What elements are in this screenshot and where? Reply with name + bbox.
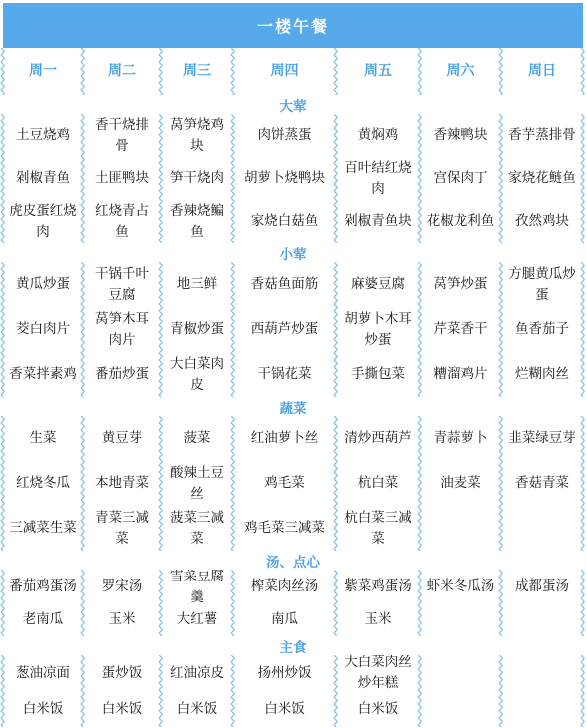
dish-cell: 白米饭 [161,691,233,727]
dish-cell: 榨菜肉丝汤 [233,570,336,603]
dish-cell: 罗宋汤 [83,570,161,603]
dish-cell: 香辣烧鳊鱼 [161,200,233,243]
dish-cell: 油麦菜 [420,461,501,506]
dish-cell: 莴笋木耳肉片 [83,307,161,352]
dish-cell: 红油凉皮 [161,655,233,691]
dish-cell [501,655,583,691]
dish-cell: 西葫芦炒蛋 [233,307,336,352]
dish-cell [420,691,501,727]
dish-cell: 菠菜 [161,416,233,461]
table-row-block: 生菜黄豆芽菠菜红油萝卜丝清炒西葫芦青蒜萝卜韭菜绿豆芽红烧冬瓜本地青菜酸辣土豆丝鸡… [3,416,583,551]
section-header: 大荤 [3,95,583,114]
dish-cell: 笋干烧肉 [161,157,233,200]
dish-cell: 孜然鸡块 [501,200,583,243]
dish-cell: 麻婆豆腐 [336,262,420,307]
dish-cell: 百叶结红烧肉 [336,157,420,200]
dish-cell: 白米饭 [336,691,420,727]
menu-table: 一楼午餐 周一周二周三周四周五周六周日大荤土豆烧鸡香干烧排骨莴笋烧鸡块肉饼蒸蛋黄… [3,3,583,727]
dish-cell: 大白菜肉皮 [161,352,233,397]
dish-cell [501,603,583,636]
dish-cell: 老南瓜 [3,603,83,636]
dish-cell: 干锅花菜 [233,352,336,397]
dish-cell: 宫保肉丁 [420,157,501,200]
dish-cell: 胡萝卜木耳炒蛋 [336,307,420,352]
day-header: 周三 [161,48,233,95]
dish-cell: 白米饭 [3,691,83,727]
dish-cell: 茭白肉片 [3,307,83,352]
dish-cell: 清炒西葫芦 [336,416,420,461]
dish-cell: 玉米 [83,603,161,636]
day-header: 周日 [501,48,583,95]
table-row-block: 葱油凉面蛋炒饭红油凉皮扬州炒饭大白菜肉丝炒年糕白米饭白米饭白米饭白米饭白米饭 [3,655,583,727]
dish-cell: 烂糊肉丝 [501,352,583,397]
dish-cell: 白米饭 [233,691,336,727]
dish-cell [420,603,501,636]
dish-cell: 大白菜肉丝炒年糕 [336,655,420,691]
dish-cell: 芹菜香干 [420,307,501,352]
dish-cell: 方腿黄瓜炒蛋 [501,262,583,307]
dish-cell: 鸡毛菜 [233,461,336,506]
dish-cell: 杭白菜 [336,461,420,506]
dish-cell: 手撕包菜 [336,352,420,397]
dish-cell [420,655,501,691]
dish-cell: 香菇青菜 [501,461,583,506]
dish-cell: 本地青菜 [83,461,161,506]
day-header: 周一 [3,48,83,95]
dish-cell: 鱼香茄子 [501,307,583,352]
dish-cell: 蛋炒饭 [83,655,161,691]
dish-cell: 酸辣土豆丝 [161,461,233,506]
dish-cell: 鸡毛菜三减菜 [233,506,336,551]
dish-cell: 肉饼蒸蛋 [233,114,336,157]
table-row-block: 周一周二周三周四周五周六周日 [3,48,583,95]
dish-cell: 剁椒青鱼 [3,157,83,200]
dish-cell: 黄焖鸡 [336,114,420,157]
dish-cell: 菠菜三减菜 [161,506,233,551]
dish-cell: 白米饭 [83,691,161,727]
dish-cell: 三减菜生菜 [3,506,83,551]
dish-cell: 雪菜豆腐羹 [161,570,233,603]
day-header: 周六 [420,48,501,95]
dish-cell: 青菜三减菜 [83,506,161,551]
dish-cell: 家烧白菇鱼 [233,200,336,243]
dish-cell: 家烧花鲢鱼 [501,157,583,200]
dish-cell: 番茄鸡蛋汤 [3,570,83,603]
table-row-block: 番茄鸡蛋汤罗宋汤雪菜豆腐羹榨菜肉丝汤紫菜鸡蛋汤虾米冬瓜汤成都蛋汤老南瓜玉米大红薯… [3,570,583,636]
dish-cell: 番茄炒蛋 [83,352,161,397]
dish-cell: 香芋蒸排骨 [501,114,583,157]
dish-cell: 韭菜绿豆芽 [501,416,583,461]
dish-cell: 胡萝卜烧鸭块 [233,157,336,200]
dish-cell: 杭白菜三减菜 [336,506,420,551]
dish-cell: 香菇鱼面筋 [233,262,336,307]
section-header: 小荤 [3,243,583,262]
section-header: 汤、点心 [3,551,583,570]
dish-cell: 红烧青占鱼 [83,200,161,243]
dish-cell: 莴笋烧鸡块 [161,114,233,157]
dish-cell: 虾米冬瓜汤 [420,570,501,603]
day-header: 周四 [233,48,336,95]
dish-cell: 香菜拌素鸡 [3,352,83,397]
table-row-block: 黄瓜炒蛋干锅千叶豆腐地三鲜香菇鱼面筋麻婆豆腐莴笋炒蛋方腿黄瓜炒蛋茭白肉片莴笋木耳… [3,262,583,397]
dish-cell: 香干烧排骨 [83,114,161,157]
dish-cell: 玉米 [336,603,420,636]
dish-cell: 南瓜 [233,603,336,636]
day-header: 周二 [83,48,161,95]
day-header: 周五 [336,48,420,95]
section-header: 蔬菜 [3,397,583,416]
dish-cell: 剁椒青鱼块 [336,200,420,243]
dish-cell: 花椒龙利鱼 [420,200,501,243]
dish-cell: 成都蛋汤 [501,570,583,603]
dish-cell: 黄豆芽 [83,416,161,461]
dish-cell: 虎皮蛋红烧肉 [3,200,83,243]
dish-cell: 糟溜鸡片 [420,352,501,397]
dish-cell: 生菜 [3,416,83,461]
dish-cell [501,691,583,727]
dish-cell: 红油萝卜丝 [233,416,336,461]
dish-cell: 地三鲜 [161,262,233,307]
page-title: 一楼午餐 [3,3,583,48]
dish-cell: 黄瓜炒蛋 [3,262,83,307]
dish-cell: 香辣鸭块 [420,114,501,157]
menu-table-body: 周一周二周三周四周五周六周日大荤土豆烧鸡香干烧排骨莴笋烧鸡块肉饼蒸蛋黄焖鸡香辣鸭… [3,48,583,727]
dish-cell: 扬州炒饭 [233,655,336,691]
section-header: 主食 [3,636,583,655]
dish-cell: 葱油凉面 [3,655,83,691]
dish-cell [420,506,501,551]
dish-cell: 干锅千叶豆腐 [83,262,161,307]
dish-cell: 大红薯 [161,603,233,636]
dish-cell [501,506,583,551]
table-row-block: 土豆烧鸡香干烧排骨莴笋烧鸡块肉饼蒸蛋黄焖鸡香辣鸭块香芋蒸排骨剁椒青鱼土匪鸭块笋干… [3,114,583,243]
dish-cell: 莴笋炒蛋 [420,262,501,307]
dish-cell: 青椒炒蛋 [161,307,233,352]
dish-cell: 土匪鸭块 [83,157,161,200]
dish-cell: 紫菜鸡蛋汤 [336,570,420,603]
dish-cell: 青蒜萝卜 [420,416,501,461]
dish-cell: 土豆烧鸡 [3,114,83,157]
dish-cell: 红烧冬瓜 [3,461,83,506]
